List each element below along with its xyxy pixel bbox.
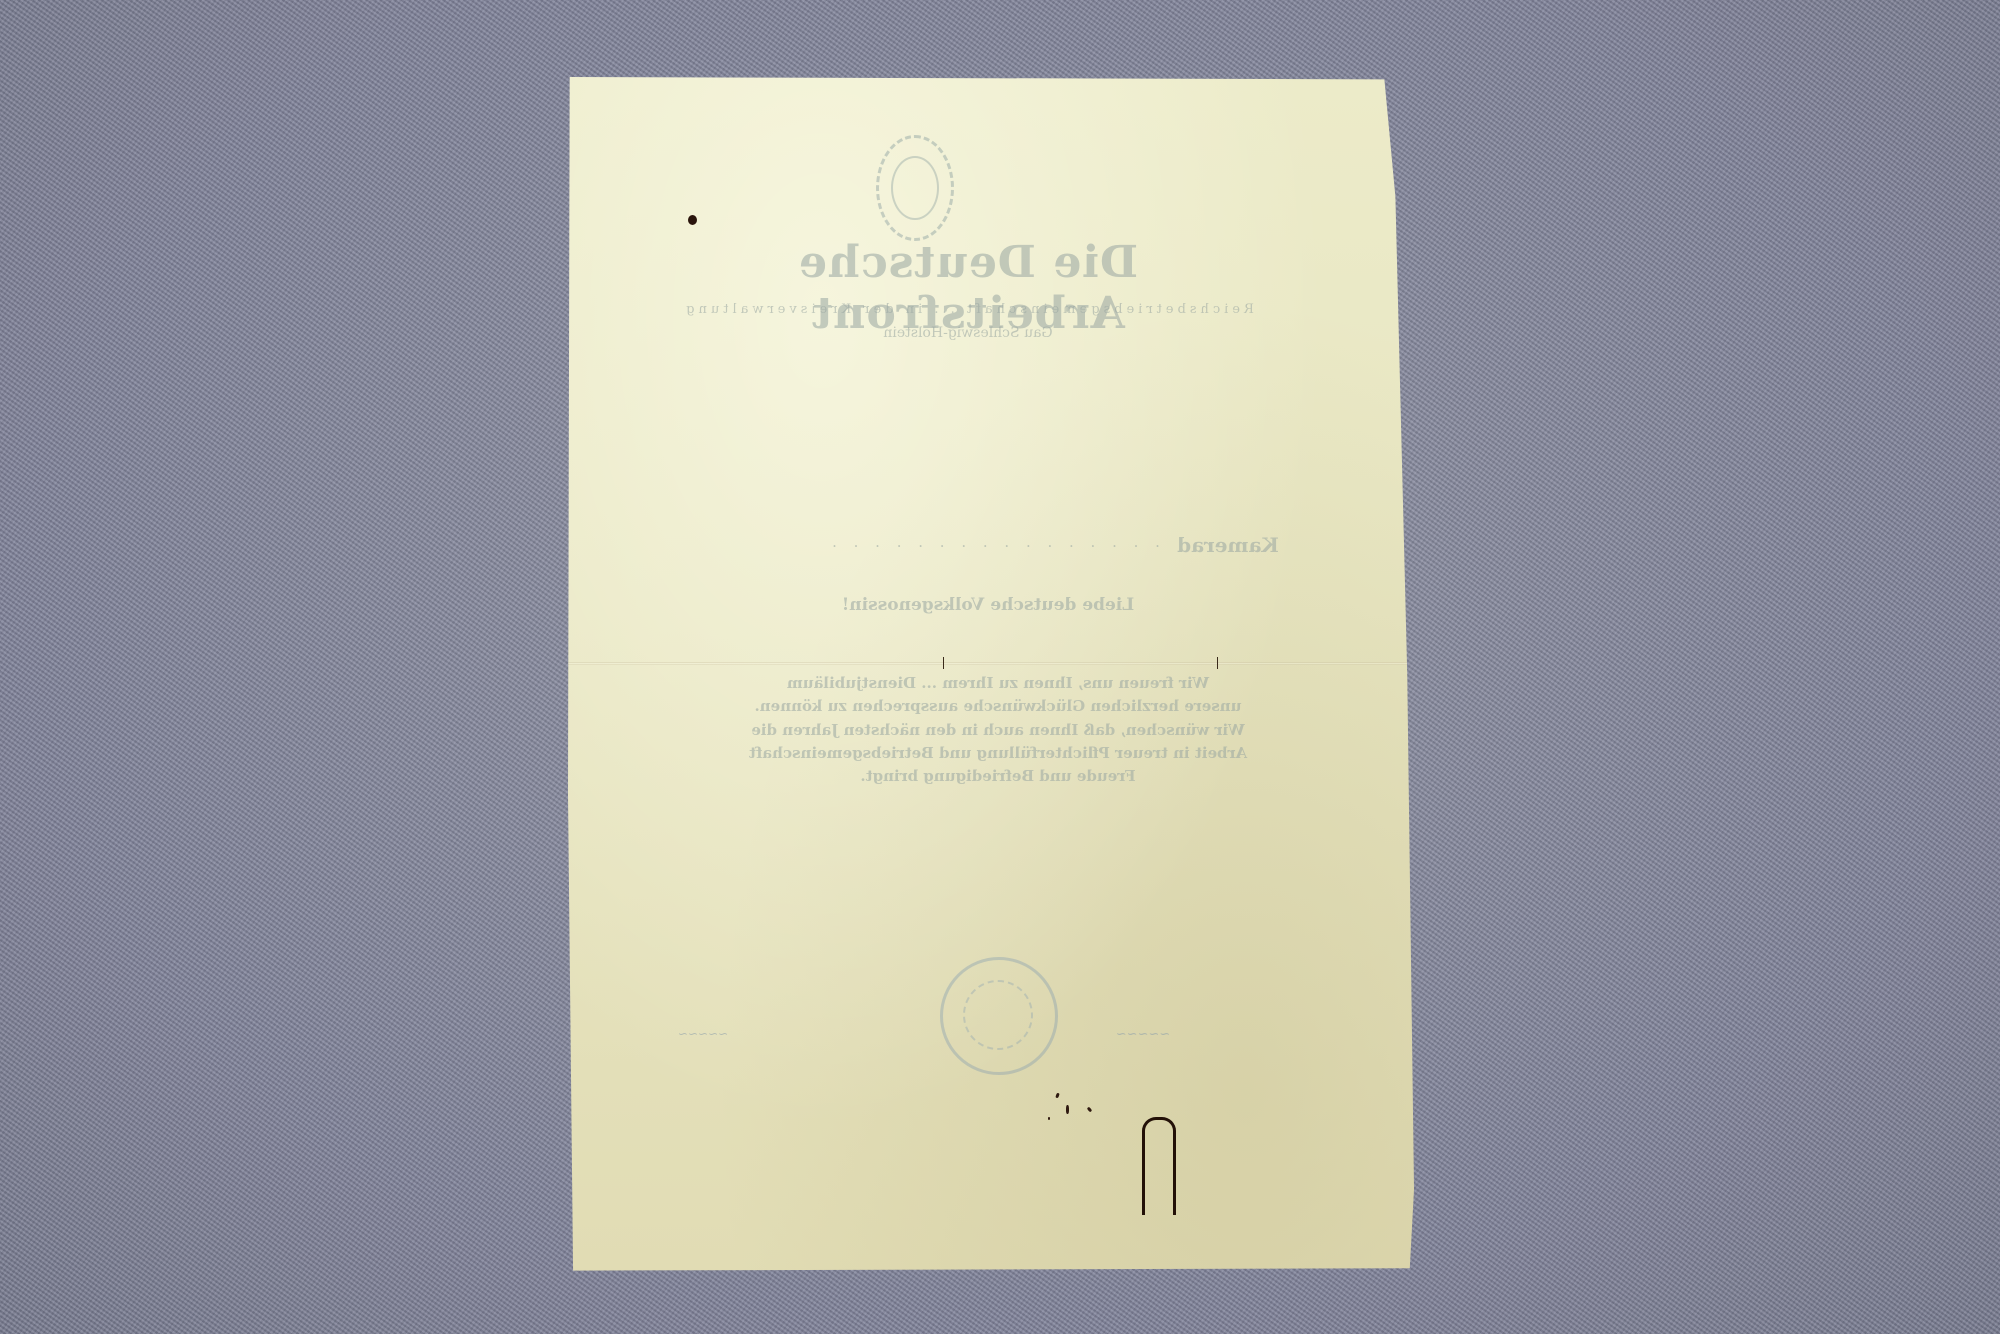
body-line: Arbeit in treuer Pflichterfüllung und Be… (728, 742, 1268, 765)
punch-hole (688, 215, 697, 225)
body-line: Wir wünschen, daß Ihnen auch in den näch… (728, 719, 1268, 742)
tear-mark (1217, 657, 1218, 669)
recipient-name: · · · · · · · · · · · · · · · · (718, 537, 1268, 555)
emblem-inner-ring (891, 156, 939, 220)
gear-emblem-icon (876, 135, 954, 241)
round-stamp-icon (940, 957, 1058, 1075)
signature-date: ~~~~~ (1068, 1027, 1218, 1042)
body-line: Wir freuen uns, Ihnen zu Ihrem ... Diens… (728, 672, 1268, 695)
stamp-inner-ring (963, 980, 1033, 1050)
tear-mark (943, 657, 944, 669)
signature-place: ~~~~~ (628, 1027, 778, 1041)
document-region: Gau Schleswig-Holstein (818, 325, 1118, 341)
body-line: Freude und Befriedigung bringt. (728, 765, 1268, 788)
salutation: Liebe deutsche Volksgenossin! (788, 595, 1188, 615)
document-sheet: Die Deutsche Arbeitsfront Reichsbetriebs… (568, 77, 1414, 1273)
fold-crease (568, 662, 1414, 665)
document-title: Die Deutsche Arbeitsfront (658, 237, 1278, 339)
staple-mark (1142, 1117, 1176, 1215)
body-text: Wir freuen uns, Ihnen zu Ihrem ... Diens… (728, 672, 1268, 788)
body-line: unsere herzlichen Glückwünsche aussprech… (728, 695, 1268, 718)
document-subtitle: Reichsbetriebsgemeinschaft ... in der Kr… (658, 302, 1278, 317)
